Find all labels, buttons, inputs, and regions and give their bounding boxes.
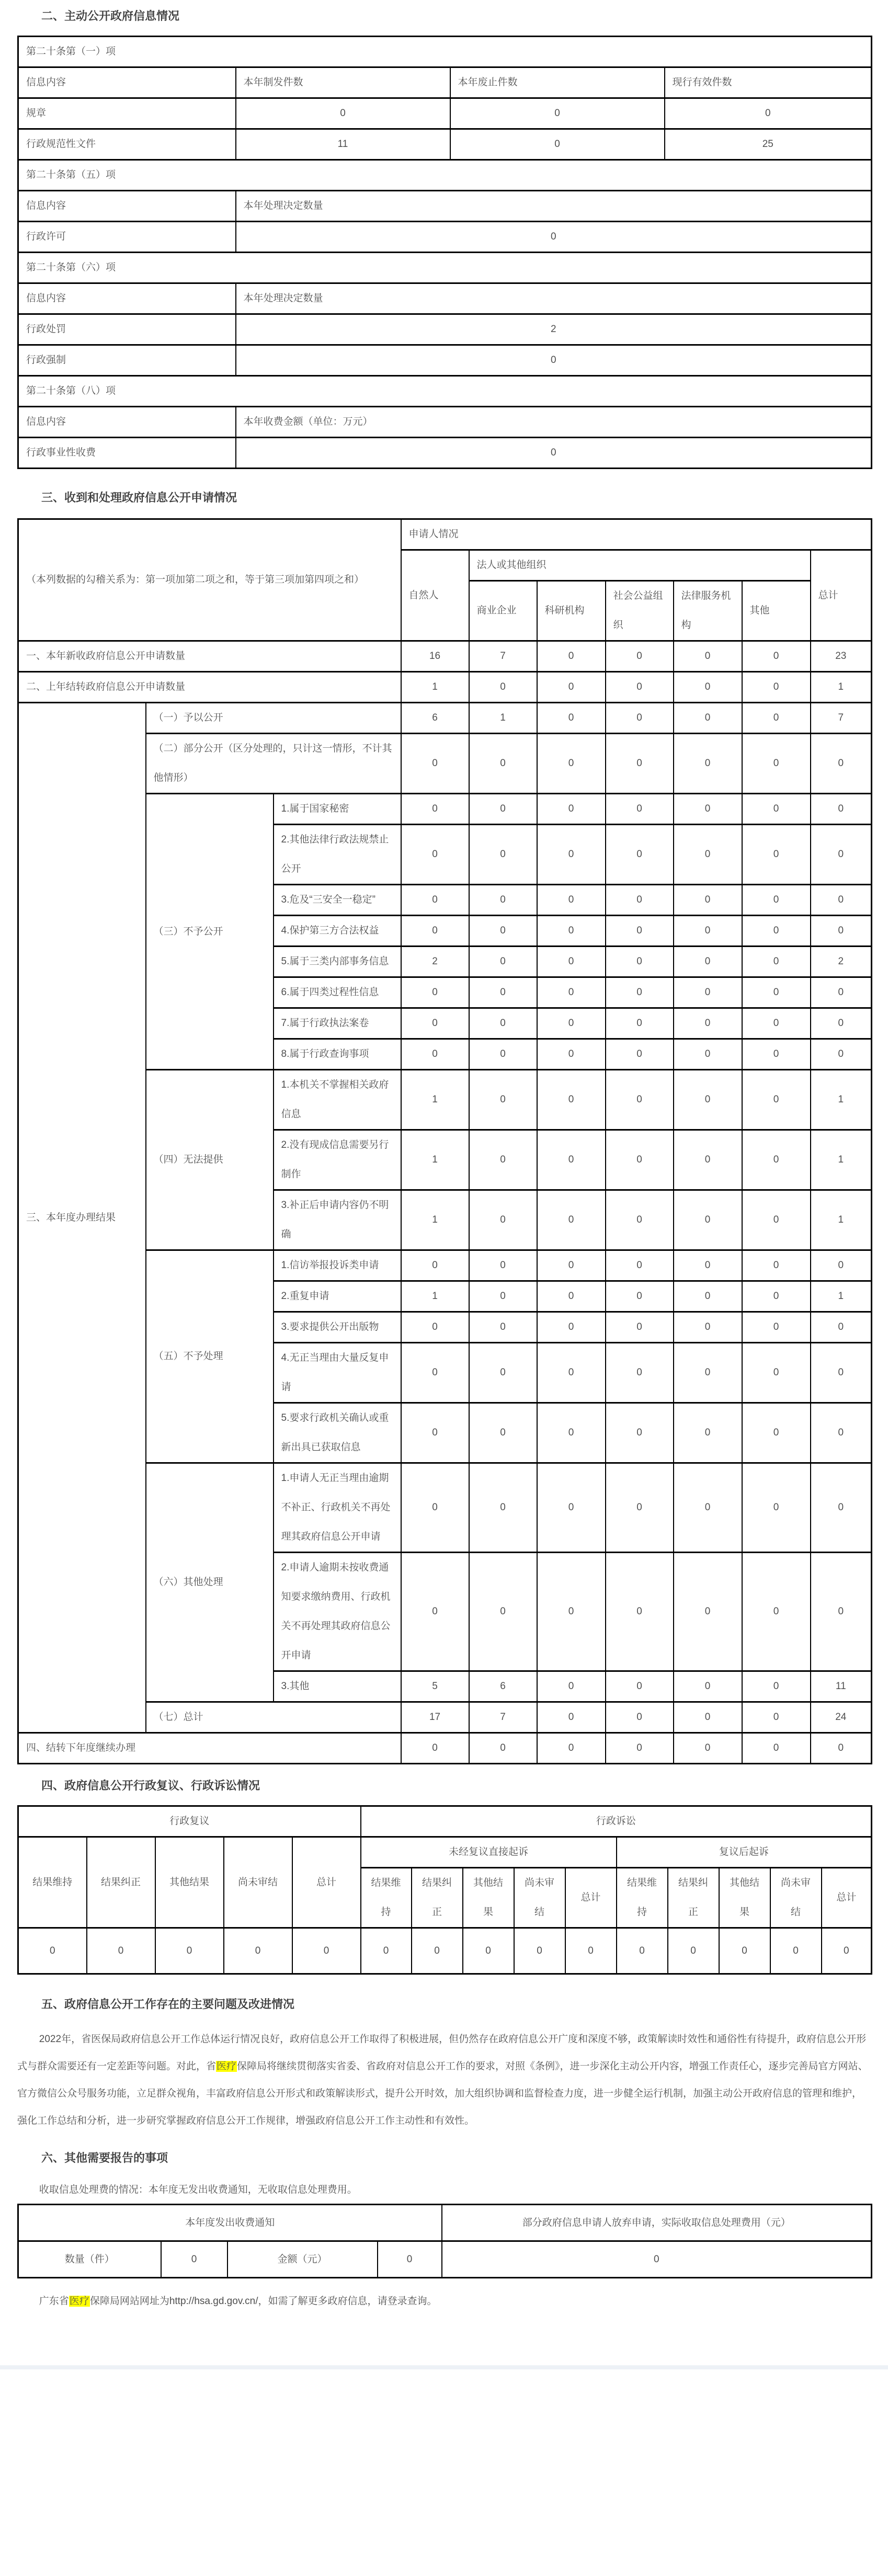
quantity-label: 数量（件） [18,2241,161,2278]
value-cell: 0 [811,1039,872,1070]
column-header: 总计 [565,1868,617,1928]
value-cell: 0 [606,794,674,825]
quantity-value: 0 [161,2241,227,2278]
value-cell: 0 [224,1928,292,1974]
value-cell: 0 [469,947,537,977]
value-cell: 0 [606,1008,674,1039]
value-cell: 0 [401,825,469,885]
value-cell: 0 [811,794,872,825]
section6-title: 六、其他需要报告的事项 [41,2150,871,2166]
value-cell: 7 [811,703,872,734]
row-subgroup-label: （四）无法提供 [146,1070,274,1250]
column-header: 社会公益组织 [606,581,674,641]
row-label: 5.要求行政机关确认或重新出具已获取信息 [274,1403,401,1463]
value-cell: 0 [469,794,537,825]
row-label: 1.信访举报投诉类申请 [274,1250,401,1281]
column-header: 总计 [292,1837,361,1928]
value-cell: 0 [469,885,537,916]
value-cell: 17 [401,1702,469,1733]
value-cell: 1 [401,1070,469,1130]
column-header: 信息内容 [18,191,236,222]
value-cell: 0 [606,1130,674,1190]
value-cell: 25 [665,129,872,160]
value-cell: 0 [606,1463,674,1553]
row-label: 3.危及“三安全一稳定” [274,885,401,916]
row-label: 行政许可 [18,222,236,253]
value-cell: 0 [606,672,674,703]
value-cell: 0 [742,794,811,825]
note-text: 保障局网站网址为http://hsa.gd.gov.cn/，如需了解更多政府信息… [90,2296,437,2307]
value-cell: 1 [401,1130,469,1190]
value-cell: 0 [606,1190,674,1250]
value-cell: 0 [668,1928,719,1974]
table-row: 行政复议 行政诉讼 [18,1806,872,1837]
value-cell: 0 [742,1553,811,1671]
value-cell: 0 [537,672,606,703]
row-group-label: 三、本年度办理结果 [18,703,146,1733]
value-cell: 0 [811,1312,872,1343]
column-header: 本年废止件数 [450,67,665,98]
table-note: （本列数据的勾稽关系为：第一项加第二项之和，等于第三项加第四项之和） [18,519,401,641]
row-label: 3.要求提供公开出版物 [274,1312,401,1343]
row-label: 2.重复申请 [274,1281,401,1312]
value-cell: 0 [401,1250,469,1281]
value-cell: 0 [742,1312,811,1343]
column-header: 结果纠正 [87,1837,155,1928]
report-body: 二、主动公开政府信息情况 第二十条第（一）项 信息内容 本年制发件数 本年废止件… [0,0,888,2315]
value-cell: 0 [537,1343,606,1403]
value-cell: 0 [401,734,469,794]
row-label: 2.没有现成信息需要另行制作 [274,1130,401,1190]
column-header: 尚未审结 [514,1868,565,1928]
value-cell: 0 [606,1039,674,1070]
table-row: （二）部分公开（区分处理的，只计这一情形，不计其他情形） 0 0 0 0 0 0… [18,734,872,794]
row-label: （一）予以公开 [146,703,401,734]
value-cell: 1 [811,1130,872,1190]
value-cell: 1 [469,703,537,734]
column-header: 本年处理决定数量 [236,283,872,314]
value-cell: 0 [811,1733,872,1764]
column-header: 结果维持 [617,1868,668,1928]
value-cell: 0 [537,1190,606,1250]
amount-value: 0 [378,2241,442,2278]
table-row: 数量（件） 0 金额（元） 0 0 [18,2241,872,2278]
row-subgroup-label: （五）不予处理 [146,1250,274,1463]
value-cell: 0 [236,98,450,129]
value-cell: 0 [537,703,606,734]
table-row: （六）其他处理 1.申请人无正当理由逾期不补正、行政机关不再处理其政府信息公开申… [18,1463,872,1553]
value-cell: 0 [450,98,665,129]
value-cell: 0 [401,1403,469,1463]
value-cell: 0 [537,1130,606,1190]
row-label: 四、结转下年度继续办理 [18,1733,401,1764]
value-cell: 0 [674,1008,742,1039]
row-label: 行政强制 [18,345,236,376]
value-cell: 0 [236,438,872,469]
highlighted-term: 医疗 [216,2061,237,2072]
value-cell: 0 [469,1008,537,1039]
row-label: 8.属于行政查询事项 [274,1039,401,1070]
value-cell: 0 [469,916,537,947]
value-cell: 0 [469,825,537,885]
column-header-direct-suit: 未经复议直接起诉 [361,1837,617,1868]
value-cell: 0 [537,1008,606,1039]
table-row: 第二十条第（六）项 [18,253,872,283]
row-label: （二）部分公开（区分处理的，只计这一情形，不计其他情形） [146,734,401,794]
value-cell: 0 [606,825,674,885]
value-cell: 0 [742,947,811,977]
value-cell: 1 [811,1190,872,1250]
value-cell: 0 [469,1343,537,1403]
value-cell: 0 [537,1250,606,1281]
table-row: 行政强制 0 [18,345,872,376]
value-cell: 0 [401,1312,469,1343]
row-label: 3.其他 [274,1671,401,1702]
report-page: { "page": { "background": "#ffffff", "te… [0,0,888,2369]
value-cell: 0 [674,1281,742,1312]
column-header: 信息内容 [18,67,236,98]
value-cell: 0 [742,1281,811,1312]
value-cell: 0 [537,1702,606,1733]
value-cell: 0 [674,1039,742,1070]
table-row: 二、上年结转政府信息公开申请数量 1 0 0 0 0 0 1 [18,672,872,703]
row-label: （七）总计 [146,1702,401,1733]
value-cell: 0 [674,1312,742,1343]
table-row: （本列数据的勾稽关系为：第一项加第二项之和，等于第三项加第四项之和） 申请人情况 [18,519,872,550]
row-label: 2.其他法律行政法规禁止公开 [274,825,401,885]
fee-collected-value: 0 [442,2241,872,2278]
value-cell: 0 [742,885,811,916]
amount-label: 金额（元） [227,2241,378,2278]
table-row: 行政事业性收费 0 [18,438,872,469]
value-cell: 0 [811,977,872,1008]
value-cell: 0 [537,1403,606,1463]
column-header: 总计 [822,1868,872,1928]
group-label: 第二十条第（八）项 [18,376,872,407]
section4-title: 四、政府信息公开行政复议、行政诉讼情况 [41,1778,871,1794]
value-cell: 0 [401,1733,469,1764]
table-row: 信息内容 本年处理决定数量 [18,191,872,222]
value-cell: 0 [811,916,872,947]
value-cell: 23 [811,641,872,672]
row-label: 6.属于四类过程性信息 [274,977,401,1008]
value-cell: 0 [606,1250,674,1281]
row-label: 行政处罚 [18,314,236,345]
column-header: 现行有效件数 [665,67,872,98]
row-label: 7.属于行政执法案卷 [274,1008,401,1039]
table-row: 四、结转下年度继续办理 0 0 0 0 0 0 0 [18,1733,872,1764]
value-cell: 0 [674,1250,742,1281]
value-cell: 0 [469,1070,537,1130]
value-cell: 0 [674,794,742,825]
note-text: 广东省 [39,2296,69,2307]
group-label: 第二十条第（六）项 [18,253,872,283]
value-cell: 1 [401,1190,469,1250]
section5-paragraph: 2022年，省医保局政府信息公开工作总体运行情况良好，政府信息公开工作取得了积极… [17,2026,871,2135]
value-cell: 0 [401,1039,469,1070]
value-cell: 0 [469,1312,537,1343]
value-cell: 0 [606,1403,674,1463]
column-header: 尚未审结 [770,1868,822,1928]
row-label: 4.保护第三方合法权益 [274,916,401,947]
value-cell: 1 [401,1281,469,1312]
value-cell: 0 [674,885,742,916]
value-cell: 0 [606,977,674,1008]
value-cell: 0 [537,641,606,672]
column-header-natural-person: 自然人 [401,550,469,641]
value-cell: 0 [811,1008,872,1039]
value-cell: 0 [617,1928,668,1974]
value-cell: 1 [811,1281,872,1312]
value-cell: 0 [674,977,742,1008]
row-label: 行政规范性文件 [18,129,236,160]
row-label: 4.无正当理由大量反复申请 [274,1343,401,1403]
column-header: 科研机构 [537,581,606,641]
value-cell: 0 [811,734,872,794]
value-cell: 0 [674,641,742,672]
value-cell: 0 [236,345,872,376]
table-row: （四）无法提供 1.本机关不掌握相关政府信息 1 0 0 0 0 0 1 [18,1070,872,1130]
value-cell: 0 [292,1928,361,1974]
column-header-review: 行政复议 [18,1806,361,1837]
value-cell: 0 [742,916,811,947]
value-cell: 0 [674,672,742,703]
value-cell: 0 [674,1733,742,1764]
value-cell: 0 [469,977,537,1008]
group-label: 第二十条第（五）项 [18,160,872,191]
value-cell: 0 [674,1190,742,1250]
value-cell: 0 [811,885,872,916]
column-header: 其他结果 [719,1868,770,1928]
value-cell: 1 [401,672,469,703]
value-cell: 0 [674,1403,742,1463]
table-row: 结果维持 结果纠正 其他结果 尚未审结 总计 未经复议直接起诉 复议后起诉 [18,1837,872,1868]
column-header: 结果维持 [361,1868,412,1928]
applicant-header: 申请人情况 [401,519,872,550]
value-cell: 0 [537,1671,606,1702]
section6-intro: 收取信息处理费的情况：本年度无发出收费通知，无收取信息处理费用。 [17,2176,871,2204]
value-cell: 0 [606,734,674,794]
table-row: 本年度发出收费通知 部分政府信息申请人放弃申请，实际收取信息处理费用（元） [18,2205,872,2241]
table-row: 一、本年新收政府信息公开申请数量 16 7 0 0 0 0 23 [18,641,872,672]
value-cell: 0 [742,1343,811,1403]
value-cell: 0 [606,1281,674,1312]
value-cell: 0 [770,1928,822,1974]
value-cell: 2 [811,947,872,977]
value-cell: 0 [742,1403,811,1463]
value-cell: 0 [469,1553,537,1671]
table-row: 信息内容 本年制发件数 本年废止件数 现行有效件数 [18,67,872,98]
table-row: 信息内容 本年收费金额（单位：万元） [18,407,872,438]
value-cell: 0 [236,222,872,253]
row-subgroup-label: （六）其他处理 [146,1463,274,1702]
value-cell: 0 [401,916,469,947]
value-cell: 0 [674,703,742,734]
value-cell: 0 [537,1553,606,1671]
value-cell: 0 [469,672,537,703]
value-cell: 0 [811,1250,872,1281]
value-cell: 0 [742,1130,811,1190]
table-row: （五）不予处理 1.信访举报投诉类申请 0 0 0 0 0 0 0 [18,1250,872,1281]
value-cell: 0 [606,1671,674,1702]
value-cell: 0 [401,1008,469,1039]
column-header: 信息内容 [18,283,236,314]
table-row: 第二十条第（一）项 [18,37,872,67]
row-label: 1.属于国家秘密 [274,794,401,825]
row-label: 行政事业性收费 [18,438,236,469]
table-row: 三、本年度办理结果 （一）予以公开 6 1 0 0 0 0 7 [18,703,872,734]
value-cell: 1 [811,1070,872,1130]
column-header: 商业企业 [469,581,537,641]
column-header-legal-entity: 法人或其他组织 [469,550,811,581]
row-label: 1.申请人无正当理由逾期不补正、行政机关不再处理其政府信息公开申请 [274,1463,401,1553]
column-header: 其他结果 [155,1837,224,1928]
value-cell: 16 [401,641,469,672]
value-cell: 0 [412,1928,463,1974]
value-cell: 0 [537,916,606,947]
column-header-fee-notice: 本年度发出收费通知 [18,2205,442,2241]
value-cell: 0 [606,641,674,672]
value-cell: 0 [469,1190,537,1250]
row-label: 5.属于三类内部事务信息 [274,947,401,977]
value-cell: 0 [606,885,674,916]
value-cell: 0 [469,1039,537,1070]
value-cell: 0 [469,1733,537,1764]
column-header: 结果纠正 [668,1868,719,1928]
row-label: 规章 [18,98,236,129]
value-cell: 0 [537,885,606,916]
value-cell: 6 [401,703,469,734]
value-cell: 0 [811,1553,872,1671]
value-cell: 0 [606,1553,674,1671]
value-cell: 0 [822,1928,872,1974]
highlighted-term: 医疗 [69,2296,90,2307]
value-cell: 0 [742,672,811,703]
value-cell: 0 [742,977,811,1008]
table-row: 行政处罚 2 [18,314,872,345]
value-cell: 5 [401,1671,469,1702]
value-cell: 0 [742,1250,811,1281]
review-litigation-table: 行政复议 行政诉讼 结果维持 结果纠正 其他结果 尚未审结 总计 未经复议直接起… [17,1805,872,1975]
active-disclosure-table: 第二十条第（一）项 信息内容 本年制发件数 本年废止件数 现行有效件数 规章 0… [17,36,872,469]
value-cell: 0 [606,916,674,947]
value-cell: 11 [811,1671,872,1702]
value-cell: 0 [469,1130,537,1190]
value-cell: 0 [674,1671,742,1702]
value-cell: 0 [811,825,872,885]
value-cell: 0 [606,947,674,977]
value-cell: 0 [606,1312,674,1343]
value-cell: 0 [401,885,469,916]
value-cell: 0 [401,1463,469,1553]
value-cell: 0 [674,1463,742,1553]
value-cell: 0 [811,1403,872,1463]
value-cell: 0 [606,1070,674,1130]
value-cell: 0 [742,1008,811,1039]
column-header: 本年处理决定数量 [236,191,872,222]
value-cell: 0 [401,1553,469,1671]
value-cell: 0 [606,1702,674,1733]
value-cell: 11 [236,129,450,160]
value-cell: 0 [674,734,742,794]
value-cell: 1 [811,672,872,703]
column-header: 尚未审结 [224,1837,292,1928]
value-cell: 0 [742,1463,811,1553]
value-cell: 0 [565,1928,617,1974]
value-cell: 0 [537,1070,606,1130]
value-cell: 0 [742,825,811,885]
value-cell: 0 [742,703,811,734]
value-cell: 0 [674,1702,742,1733]
value-cell: 0 [537,977,606,1008]
column-header: 本年制发件数 [236,67,450,98]
section2-title: 二、主动公开政府信息情况 [41,8,871,24]
value-cell: 0 [742,1671,811,1702]
table-row: 第二十条第（五）项 [18,160,872,191]
row-label: 一、本年新收政府信息公开申请数量 [18,641,401,672]
table-row: 行政规范性文件 11 0 25 [18,129,872,160]
column-header: 其他 [742,581,811,641]
value-cell: 0 [674,825,742,885]
value-cell: 0 [401,977,469,1008]
value-cell: 0 [361,1928,412,1974]
page-bottom-bar [0,2365,888,2369]
value-cell: 0 [537,1463,606,1553]
value-cell: 0 [401,1343,469,1403]
row-label: 3.补正后申请内容仍不明确 [274,1190,401,1250]
value-cell: 0 [674,1553,742,1671]
value-cell: 0 [537,1039,606,1070]
column-header-total: 总计 [811,550,872,641]
value-cell: 7 [469,1702,537,1733]
row-subgroup-label: （三）不予公开 [146,794,274,1070]
table-row: （三）不予公开 1.属于国家秘密 0 0 0 0 0 0 0 [18,794,872,825]
value-cell: 2 [236,314,872,345]
value-cell: 0 [401,794,469,825]
value-cell: 0 [18,1928,87,1974]
value-cell: 0 [537,947,606,977]
fee-table: 本年度发出收费通知 部分政府信息申请人放弃申请，实际收取信息处理费用（元） 数量… [17,2204,872,2278]
value-cell: 0 [450,129,665,160]
value-cell: 0 [742,1702,811,1733]
value-cell: 0 [537,1312,606,1343]
group-label: 第二十条第（一）项 [18,37,872,67]
application-table: （本列数据的勾稽关系为：第一项加第二项之和，等于第三项加第四项之和） 申请人情况… [17,518,872,1764]
column-header: 本年收费金额（单位：万元） [236,407,872,438]
value-cell: 0 [742,1733,811,1764]
value-cell: 0 [155,1928,224,1974]
value-cell: 0 [674,1130,742,1190]
table-row: 信息内容 本年处理决定数量 [18,283,872,314]
value-cell: 0 [606,703,674,734]
row-label: 2.申请人逾期未按收费通知要求缴纳费用、行政机关不再处理其政府信息公开申请 [274,1553,401,1671]
value-cell: 0 [537,794,606,825]
column-header: 结果纠正 [412,1868,463,1928]
column-header: 其他结果 [463,1868,514,1928]
value-cell: 0 [674,1070,742,1130]
value-cell: 0 [469,734,537,794]
value-cell: 0 [742,641,811,672]
value-cell: 24 [811,1702,872,1733]
value-cell: 0 [87,1928,155,1974]
value-cell: 0 [537,825,606,885]
table-row: 0 0 0 0 0 0 0 0 0 0 0 0 0 0 0 [18,1928,872,1974]
column-header-after-review-suit: 复议后起诉 [617,1837,872,1868]
value-cell: 0 [742,734,811,794]
table-row: 第二十条第（八）项 [18,376,872,407]
column-header: 信息内容 [18,407,236,438]
column-header: 结果维持 [18,1837,87,1928]
